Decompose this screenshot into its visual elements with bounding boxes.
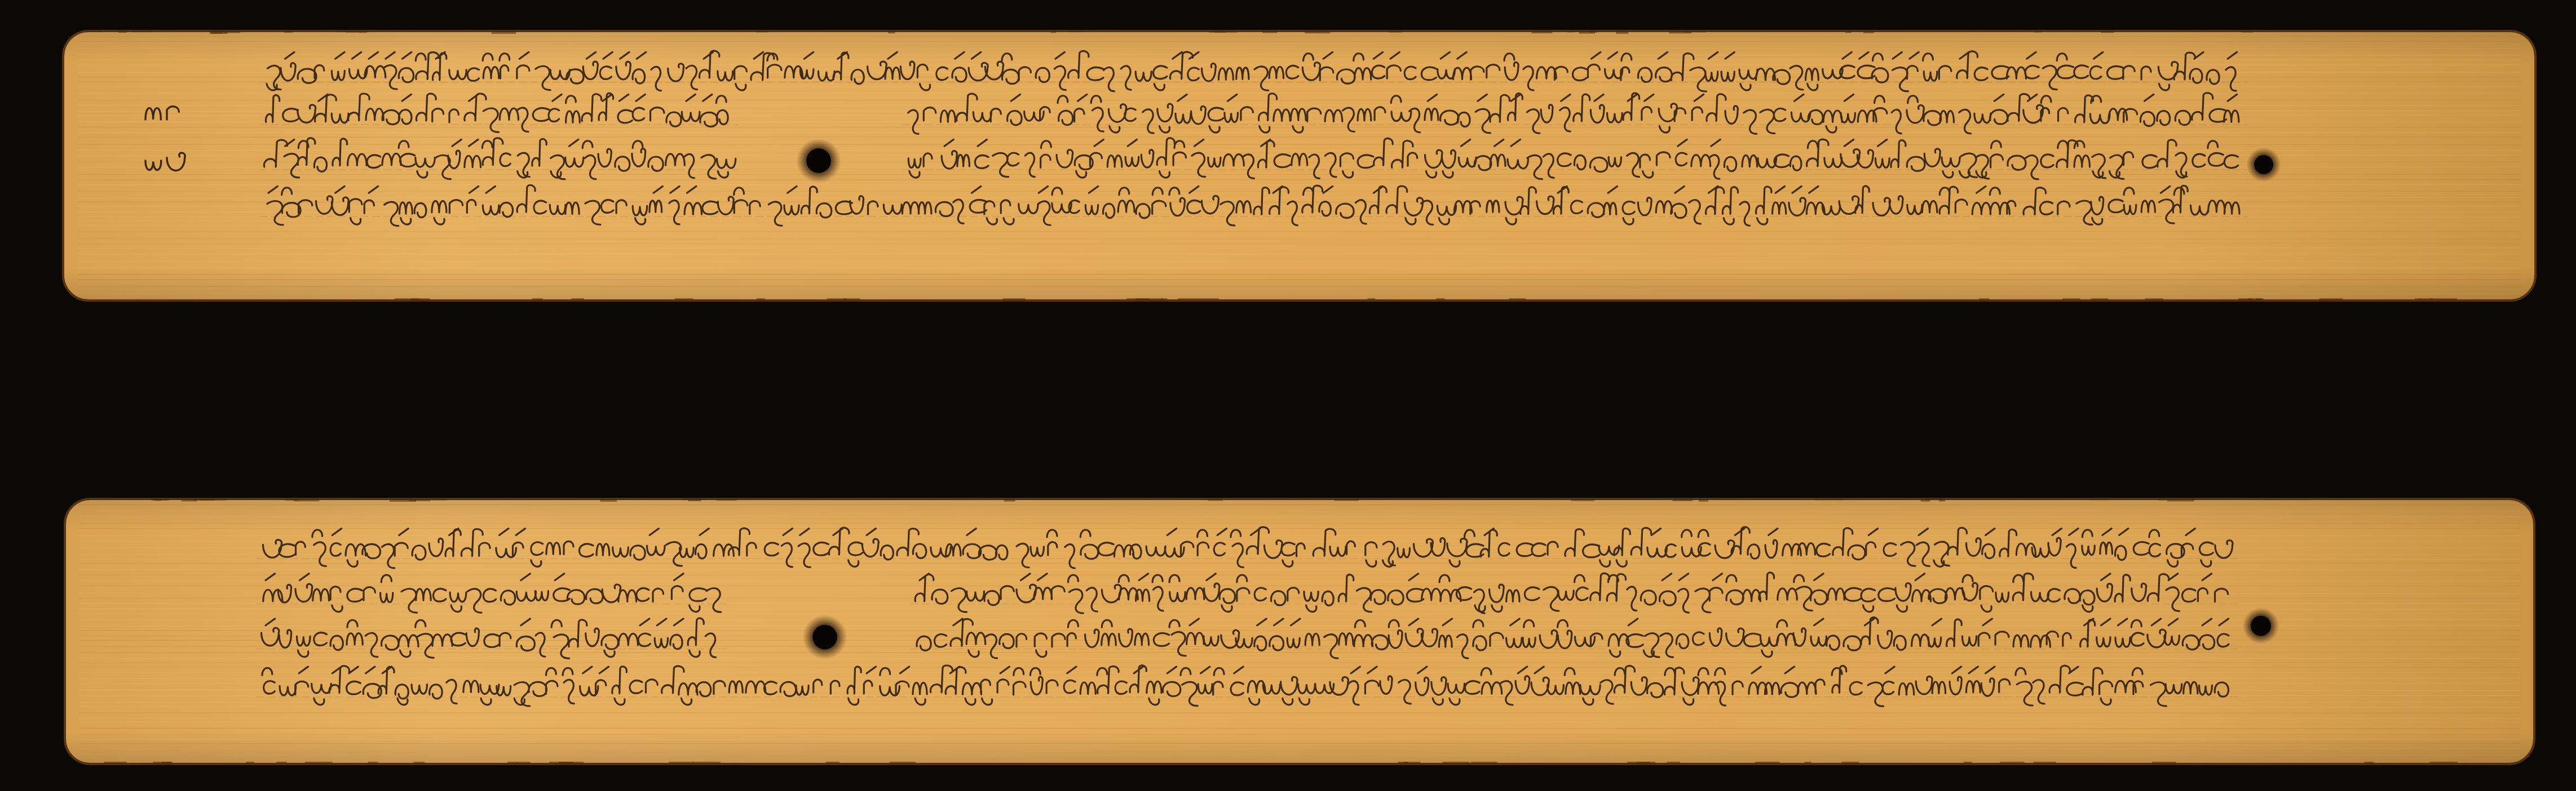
palm-leaf-2 xyxy=(65,498,2534,765)
binding-hole xyxy=(2251,616,2271,636)
binding-hole xyxy=(812,625,837,649)
palm-leaf-1 xyxy=(63,30,2535,302)
manuscript-stage xyxy=(0,0,2576,791)
binding-hole xyxy=(2254,155,2273,174)
binding-hole xyxy=(806,148,831,173)
